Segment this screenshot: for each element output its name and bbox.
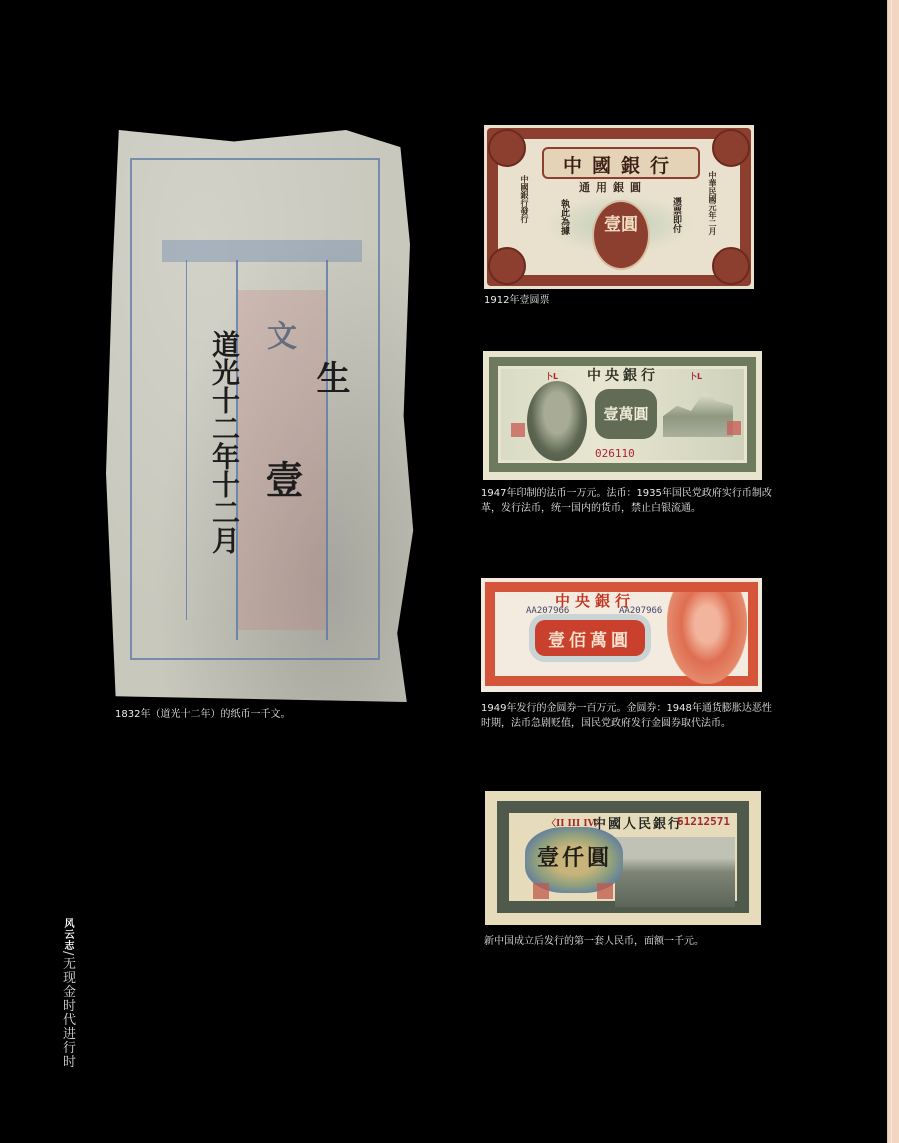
serial-number: 61212571: [677, 815, 730, 828]
corner-ornament: [712, 247, 750, 285]
page-edge-band: [887, 0, 899, 1143]
note-inscription: 文: [256, 320, 300, 350]
industrial-scene-vignette: [615, 837, 735, 907]
caption-line: 时期，法币急剧贬值，国民党政府发行金圆券取代法币。: [481, 716, 772, 731]
caption-1832: 1832年（道光十二年）的纸币一千文。: [115, 707, 290, 722]
note-value: 壹仟圓: [537, 841, 612, 872]
caption-1949: 1949年发行的金圆券一百万元。金圆券：1948年通货膨胀达恶性 时期，法币急剧…: [481, 701, 772, 731]
red-seal: [533, 883, 549, 899]
banknote-image-1947: 中央銀行 壹萬圓 026110 卜L 卜L: [483, 351, 762, 480]
note-header-band: [162, 240, 362, 262]
value-cartouche: 壹佰萬圓: [535, 620, 645, 656]
red-seal: [511, 423, 525, 437]
block-code: 卜L: [545, 371, 558, 382]
serial-number-left: AA207966: [526, 606, 569, 616]
banknote-image-1949: 中央銀行 AA207966 AA207966 壹佰萬圓: [481, 578, 762, 692]
frame-line: [326, 260, 328, 640]
note-middle-text-left: 執此為據: [558, 199, 571, 235]
note-side-text-left: 中國銀行發行: [520, 175, 531, 223]
value-medallion: 壹圓: [592, 200, 650, 270]
banknote-image-renminbi-1000: 壹仟圓 〈II III IV〉 中國人民銀行 61212571: [485, 791, 761, 925]
note-title: 中央銀行: [587, 365, 659, 385]
note-inscription: 生: [306, 360, 355, 394]
section-title: 无现金时代进行时: [60, 956, 75, 1068]
note-middle-text-right: 憑票即付: [670, 197, 683, 233]
note-value: 壹佰萬圓: [535, 626, 645, 651]
caption-1947: 1947年印制的法币一万元。法币：1935年国民党政府实行币制改 革，发行法币，…: [481, 486, 772, 516]
portrait-vignette: [527, 381, 587, 461]
frame-line: [186, 260, 187, 620]
corner-ornament: [712, 129, 750, 167]
red-seal: [727, 421, 741, 435]
note-side-text-right: 中華民國元年二月: [708, 171, 719, 235]
block-code: 卜L: [689, 371, 702, 382]
magazine-brand: 风云志: [62, 918, 73, 951]
corner-ornament: [488, 247, 526, 285]
note-subtitle: 通用銀圓: [579, 179, 647, 195]
value-cartouche: 壹萬圓: [595, 389, 657, 439]
portrait-vignette: [667, 592, 747, 684]
caption-line: 革，发行法币，统一国内的货币，禁止白银流通。: [481, 501, 772, 516]
caption-line: 1949年发行的金圆券一百万元。金圆券：1948年通货膨胀达恶性: [481, 701, 772, 716]
serial-number: 026110: [595, 447, 635, 460]
note-inscription: 道光十二年十二月: [204, 330, 244, 554]
note-title: 中國人民銀行: [593, 813, 683, 832]
caption-renminbi: 新中国成立后发行的第一套人民币，面额一千元。: [484, 934, 704, 949]
title-ribbon: 中國銀行: [542, 147, 700, 179]
note-title: 中國銀行: [544, 151, 698, 178]
note-value: 壹萬圓: [595, 403, 657, 424]
caption-line: 1947年印制的法币一万元。法币：1935年国民党政府实行币制改: [481, 486, 772, 501]
corner-ornament: [488, 129, 526, 167]
banknote-image-1912: 中國銀行 通用銀圓 中國銀行發行 中華民國元年二月 執此為據 憑票即付 壹圓: [484, 125, 754, 289]
red-seal: [597, 883, 613, 899]
banknote-image-1832: 生 壹 道光十二年十二月 文: [106, 130, 426, 702]
serial-number-right: AA207966: [619, 606, 662, 616]
note-value: 壹圓: [594, 216, 648, 234]
folio-section-title: 风云志/无现金时代进行时: [59, 918, 75, 1068]
note-inscription: 壹: [254, 460, 309, 498]
caption-1912: 1912年壹圆票: [484, 293, 549, 308]
